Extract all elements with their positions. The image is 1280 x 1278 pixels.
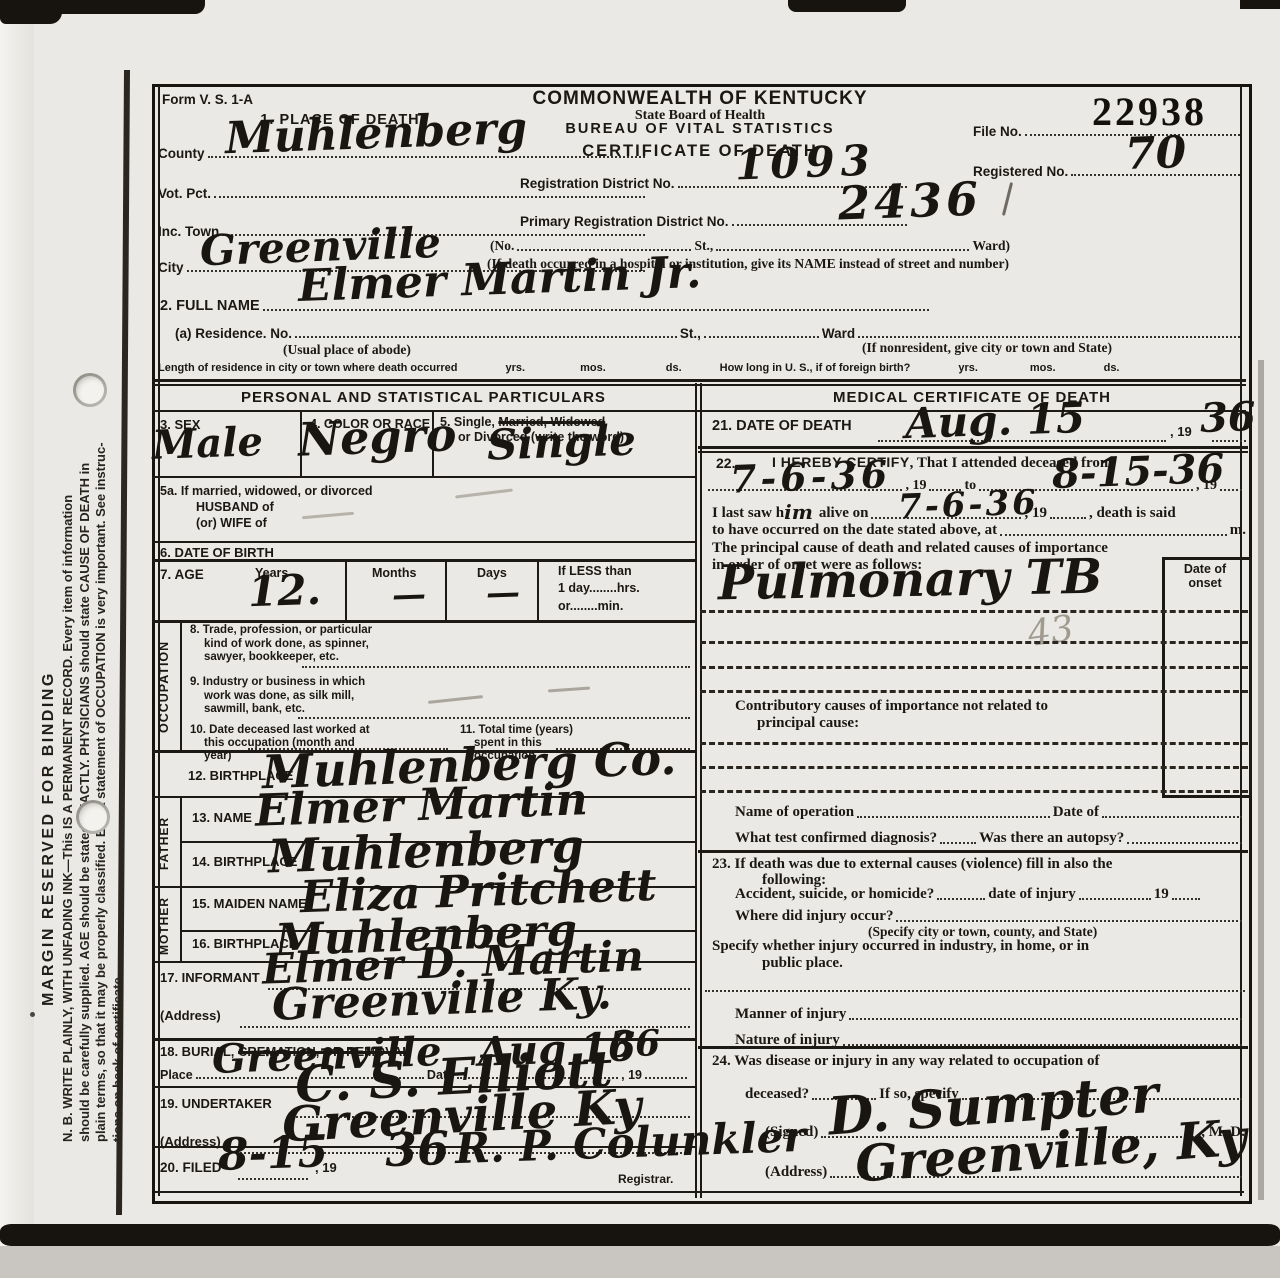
last-saw-b: alive on	[819, 505, 869, 522]
autopsy-label: Was there an autopsy?	[979, 830, 1124, 847]
rule-line	[1172, 895, 1200, 900]
residence-row: (a) Residence. No. St., Ward	[175, 326, 1243, 341]
hw-marital: Single	[486, 419, 636, 466]
commonwealth-title: COMMONWEALTH OF KENTUCKY	[450, 88, 950, 110]
injury-19-label: 19	[1154, 886, 1169, 903]
full-name-label: 2. FULL NAME	[160, 298, 260, 314]
ds-label: ds.	[1104, 362, 1120, 374]
scan-artifact	[0, 1224, 1280, 1246]
yrs-label: yrs.	[506, 362, 526, 374]
margin-note: N. B. WRITE PLAINLY, WITH UNFADING INK—T…	[60, 84, 126, 1142]
hw-dod-year: 36	[1199, 397, 1256, 439]
if-less-line2: 1 day........hrs.	[558, 581, 640, 595]
father-name-label: 13. NAME	[192, 810, 252, 825]
signed-label: (Signed)	[765, 1124, 818, 1141]
rule-line	[152, 559, 695, 562]
dod-19-label: , 19	[1170, 424, 1192, 439]
scan-artifact	[788, 0, 906, 12]
punch-hole	[73, 373, 107, 407]
scan-artifact	[0, 1246, 1280, 1278]
abode-note: (Usual place of abode)	[283, 342, 411, 358]
if-less-line1: If LESS than	[558, 564, 632, 578]
filed-label: 20. FILED	[160, 1160, 222, 1175]
length-of-residence-row: Length of residence in city or town wher…	[158, 362, 1243, 374]
where-injury-label: Where did injury occur?	[735, 908, 893, 925]
date-of-birth-label: 6. DATE OF BIRTH	[160, 545, 274, 560]
scan-artifact	[30, 1012, 35, 1017]
last-saw-c: , death is said	[1089, 505, 1176, 522]
hw-filed-year: 36	[384, 1125, 450, 1173]
hw-principal-cause: Pulmonary TB	[718, 553, 1103, 608]
physician-address-label: (Address)	[765, 1164, 827, 1181]
scan-artifact	[0, 0, 62, 24]
test-autopsy-row: What test confirmed diagnosis? Was there…	[735, 830, 1245, 847]
rule-line	[716, 246, 969, 251]
hw-burial-year: 36	[609, 1025, 660, 1063]
length-label: Length of residence in city or town wher…	[158, 362, 458, 374]
rule-line	[152, 620, 695, 623]
m-label: m.	[1230, 522, 1246, 539]
last-saw-a: I last saw h	[712, 505, 784, 522]
rule-line	[937, 895, 985, 900]
margin-note-line: tions on back of certificate.	[110, 84, 127, 1142]
operation-label: Name of operation	[735, 804, 854, 821]
margin-binding-label: MARGIN RESERVED FOR BINDING	[40, 456, 58, 1006]
registered-no-label: Registered No.	[973, 164, 1068, 179]
hw-pencil-mark: 43	[1026, 611, 1076, 653]
hw-age-months: —	[391, 577, 426, 612]
hw-primary-district: 2436	[837, 176, 983, 227]
rule-line	[295, 333, 677, 338]
operation-row: Name of operation Date of	[735, 804, 1245, 821]
accident-row: Accident, suicide, or homicide? date of …	[735, 886, 1245, 903]
specify-line1: Specify whether injury occurred in indus…	[712, 938, 1089, 955]
hw-last-saw-date: 7-6-36	[897, 486, 1039, 525]
rule-line	[1000, 531, 1227, 536]
informant-label: 17. INFORMANT	[160, 970, 260, 985]
yrs-label: yrs.	[958, 362, 978, 374]
test-label: What test confirmed diagnosis?	[735, 830, 937, 847]
if-less-line3: or........min.	[558, 599, 623, 613]
rule-line	[180, 620, 182, 752]
accident-label: Accident, suicide, or homicide?	[735, 886, 934, 903]
personal-particulars-title: PERSONAL AND STATISTICAL PARTICULARS	[152, 389, 695, 406]
hw-registered-number: 70	[1124, 131, 1187, 177]
occurred-row: to have occurred on the date stated abov…	[712, 522, 1246, 539]
hw-him: im	[784, 502, 813, 522]
rule-line	[1127, 839, 1242, 844]
rule-line	[1050, 514, 1086, 519]
rule-line	[704, 333, 819, 338]
hw-attended-from: 7-6-36	[729, 455, 892, 499]
mother-maiden-label: 15. MAIDEN NAME	[192, 896, 307, 911]
deceased-label: deceased?	[745, 1086, 809, 1103]
date-of-injury-label: date of injury	[988, 886, 1076, 903]
rule-line	[700, 790, 1248, 793]
file-no-label: File No.	[973, 124, 1022, 139]
rule-line	[214, 193, 645, 198]
operation-date-label: Date of	[1053, 804, 1099, 821]
hw-registrar-signature: R. P. Colunkler	[454, 1116, 806, 1170]
scanned-death-certificate: MARGIN RESERVED FOR BINDING N. B. WRITE …	[0, 0, 1280, 1278]
hw-attended-to: 8-15-36	[1051, 449, 1225, 495]
margin-note-line: N. B. WRITE PLAINLY, WITH UNFADING INK—T…	[60, 84, 77, 1142]
bureau-subtitle: BUREAU OF VITAL STATISTICS	[450, 121, 950, 137]
rule-line	[698, 850, 1248, 853]
rule-line	[849, 1015, 1242, 1020]
residence-label: (a) Residence. No.	[175, 326, 292, 341]
age-label: 7. AGE	[160, 567, 204, 582]
rule-line	[700, 641, 1248, 644]
rule-line	[700, 690, 1248, 693]
hw-age-years: 12.	[247, 569, 321, 614]
undertaker-label: 19. UNDERTAKER	[160, 1096, 272, 1111]
mos-label: mos.	[1030, 362, 1056, 374]
rule-line	[698, 1046, 1248, 1049]
contributory-line2: principal cause:	[757, 715, 859, 732]
registration-district-label: Registration District No.	[520, 176, 675, 191]
primary-district-label: Primary Registration District No.	[520, 214, 729, 229]
hw-filed-date: 8-15	[217, 1130, 329, 1178]
registered-no-row: Registered No.	[973, 164, 1243, 179]
rule-line	[858, 333, 1240, 338]
contributory-line1: Contributory causes of importance not re…	[735, 698, 1048, 715]
mos-label: mos.	[580, 362, 606, 374]
occupation-side-label: OCCUPATION	[157, 628, 171, 746]
voting-precinct-label: Vot. Pct.	[158, 186, 211, 201]
date-of-onset-label: Date of onset	[1165, 562, 1245, 590]
rule-line	[152, 379, 1246, 382]
nonresident-note: (If nonresident, give city or town and S…	[862, 340, 1112, 356]
rule-line	[445, 560, 447, 621]
informant-address-label: (Address)	[160, 1008, 221, 1023]
rule-line	[1102, 813, 1242, 818]
q5a-line3: (or) WIFE of	[196, 516, 267, 530]
date-of-onset-box	[1162, 557, 1252, 798]
rule-line	[180, 796, 182, 963]
rule-line	[152, 384, 1246, 386]
scan-artifact	[1258, 360, 1264, 1200]
rule-line	[700, 666, 1248, 669]
paper-edge-shading	[0, 0, 34, 1278]
residence-st-label: St.,	[680, 326, 701, 341]
county-label: County	[158, 146, 205, 161]
rule-line	[695, 383, 697, 1198]
city-label: City	[158, 260, 184, 275]
rule-line	[298, 717, 690, 719]
occurred-label: to have occurred on the date stated abov…	[712, 522, 997, 539]
hw-sex: Male	[151, 422, 263, 466]
q9-text: 9. Industry or business in which work wa…	[190, 676, 365, 717]
burial-place-label: Place	[160, 1068, 193, 1082]
no-paren-label: (No.	[490, 238, 514, 254]
ward-paren-label: Ward)	[972, 238, 1010, 254]
residence-ward-label: Ward	[822, 326, 855, 341]
scan-artifact	[1240, 0, 1280, 9]
q23-line1: 23. If death was due to external causes …	[712, 856, 1112, 873]
form-number: Form V. S. 1-A	[162, 92, 253, 107]
hw-informant-address: Greenville Ky.	[271, 972, 612, 1028]
rule-line	[857, 813, 1050, 818]
rule-line	[700, 766, 1248, 769]
q8-text: 8. Trade, profession, or particular kind…	[190, 624, 372, 665]
manner-injury-label: Manner of injury	[735, 1006, 846, 1023]
father-side-label: FATHER	[157, 804, 171, 882]
date-of-death-label: 21. DATE OF DEATH	[712, 418, 852, 434]
mother-side-label: MOTHER	[157, 894, 171, 958]
hw-color-race: Negro	[297, 411, 457, 463]
q24-line1: 24. Was disease or injury in any way rel…	[712, 1053, 1100, 1070]
rule-line	[940, 839, 976, 844]
rule-line	[152, 476, 695, 478]
q5a-line2: HUSBAND of	[196, 500, 274, 514]
margin-note-line: plain terms, so that it may be properly …	[93, 84, 110, 1142]
hw-age-days: —	[485, 575, 520, 610]
rule-line	[152, 541, 695, 543]
q5a-line1: 5a. If married, widowed, or divorced	[160, 484, 373, 498]
rule-line	[705, 990, 1245, 992]
margin-note-line: should be carefully supplied. AGE should…	[77, 84, 94, 1142]
rule-line	[700, 742, 1248, 745]
rule-line	[700, 610, 1248, 613]
rule-line	[537, 560, 539, 621]
manner-injury-row: Manner of injury	[735, 1006, 1245, 1023]
rule-line	[345, 560, 347, 621]
hw-date-of-death: Aug. 15	[904, 397, 1086, 445]
rule-line	[302, 666, 690, 668]
ds-label: ds.	[666, 362, 682, 374]
registrar-label: Registrar.	[618, 1172, 673, 1186]
rule-line	[1079, 895, 1151, 900]
howlong-label: How long in U. S., if of foreign birth?	[720, 362, 911, 374]
specify-line2: public place.	[762, 955, 843, 972]
rule-line	[896, 917, 1242, 922]
rule-line	[645, 1074, 687, 1079]
punch-hole	[76, 800, 110, 834]
where-injury-row: Where did injury occur?	[735, 908, 1245, 925]
